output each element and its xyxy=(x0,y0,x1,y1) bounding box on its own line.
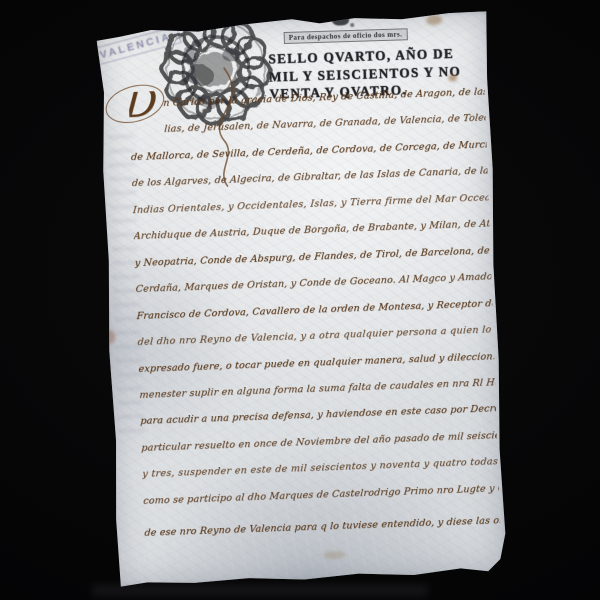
table-reflection xyxy=(92,584,428,597)
foxing-stain xyxy=(105,330,115,344)
manuscript-line: de ese nro Reyno de Valencia para q lo t… xyxy=(143,508,500,547)
fee-line-row: Para despachos de oficio dos mrs. xyxy=(283,21,473,45)
photo-background: VALENCIA xyxy=(0,0,600,600)
manuscript-page: VALENCIA xyxy=(96,11,508,587)
foxing-stain xyxy=(323,551,345,560)
ink-smudge xyxy=(332,12,349,26)
fee-line: Para despachos de oficio dos mrs. xyxy=(284,28,408,44)
manuscript-text: Dn Carlos por la gracia de Dios, Rey de … xyxy=(128,79,500,547)
